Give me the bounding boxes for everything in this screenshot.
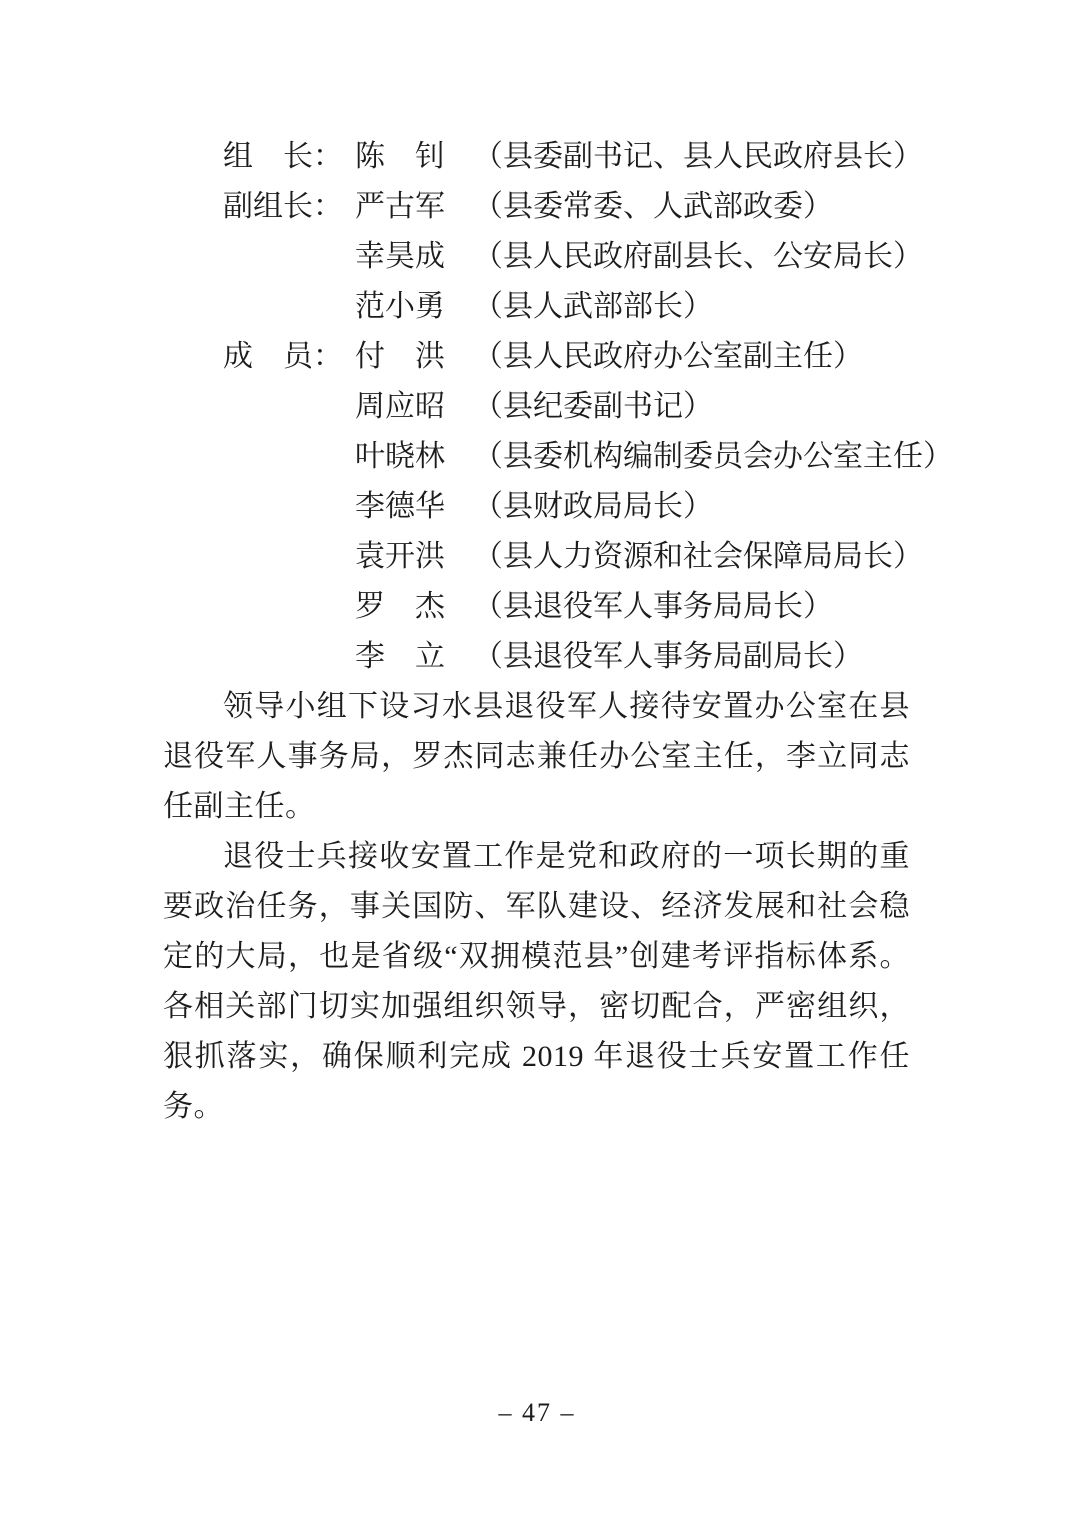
roster-role-label: 副组长： bbox=[223, 182, 355, 232]
roster-person-name: 李德华 bbox=[355, 482, 473, 532]
roster-person-name: 幸昊成 bbox=[355, 232, 473, 282]
roster-row: 李 立 （县退役军人事务局副局长） bbox=[163, 632, 910, 682]
roster-role-label: 组 长： bbox=[223, 132, 355, 182]
roster-row: 成 员： 付 洪 （县人民政府办公室副主任） bbox=[163, 332, 910, 382]
roster-person-title: （县财政局局长） bbox=[473, 482, 713, 532]
roster-person-name: 袁开洪 bbox=[355, 532, 473, 582]
roster-person-title: （县委副书记、县人民政府县长） bbox=[473, 132, 923, 182]
roster-person-title: （县人民政府办公室副主任） bbox=[473, 332, 863, 382]
paragraph-work-importance: 退役士兵接收安置工作是党和政府的一项长期的重要政治任务，事关国防、军队建设、经济… bbox=[163, 832, 910, 1132]
roster-person-name: 周应昭 bbox=[355, 382, 473, 432]
paragraph-office-setup: 领导小组下设习水县退役军人接待安置办公室在县退役军人事务局，罗杰同志兼任办公室主… bbox=[163, 682, 910, 832]
roster-person-name: 陈 钊 bbox=[355, 132, 473, 182]
roster-person-name: 范小勇 bbox=[355, 282, 473, 332]
roster-row: 罗 杰 （县退役军人事务局局长） bbox=[163, 582, 910, 632]
roster-row: 周应昭 （县纪委副书记） bbox=[163, 382, 910, 432]
roster-person-title: （县退役军人事务局局长） bbox=[473, 582, 833, 632]
roster-person-name: 严古军 bbox=[355, 182, 473, 232]
document-body: 组 长： 陈 钊 （县委副书记、县人民政府县长） 副组长： 严古军 （县委常委、… bbox=[163, 132, 910, 1132]
leadership-roster: 组 长： 陈 钊 （县委副书记、县人民政府县长） 副组长： 严古军 （县委常委、… bbox=[163, 132, 910, 682]
roster-person-name: 李 立 bbox=[355, 632, 473, 682]
document-page: 组 长： 陈 钊 （县委副书记、县人民政府县长） 副组长： 严古军 （县委常委、… bbox=[0, 0, 1074, 1520]
roster-person-name: 罗 杰 bbox=[355, 582, 473, 632]
roster-row: 幸昊成 （县人民政府副县长、公安局长） bbox=[163, 232, 910, 282]
roster-person-title: （县退役军人事务局副局长） bbox=[473, 632, 863, 682]
roster-row: 范小勇 （县人武部部长） bbox=[163, 282, 910, 332]
roster-row: 叶晓林 （县委机构编制委员会办公室主任） bbox=[163, 432, 910, 482]
roster-person-title: （县委常委、人武部政委） bbox=[473, 182, 833, 232]
roster-person-name: 付 洪 bbox=[355, 332, 473, 382]
roster-row: 副组长： 严古军 （县委常委、人武部政委） bbox=[163, 182, 910, 232]
roster-person-name: 叶晓林 bbox=[355, 432, 473, 482]
roster-row: 袁开洪 （县人力资源和社会保障局局长） bbox=[163, 532, 910, 582]
roster-person-title: （县人民政府副县长、公安局长） bbox=[473, 232, 923, 282]
roster-person-title: （县人武部部长） bbox=[473, 282, 713, 332]
roster-row: 李德华 （县财政局局长） bbox=[163, 482, 910, 532]
page-number: – 47 – bbox=[0, 1398, 1074, 1428]
roster-role-label: 成 员： bbox=[223, 332, 355, 382]
roster-person-title: （县委机构编制委员会办公室主任） bbox=[473, 432, 953, 482]
body-paragraphs: 领导小组下设习水县退役军人接待安置办公室在县退役军人事务局，罗杰同志兼任办公室主… bbox=[163, 682, 910, 1132]
roster-person-title: （县人力资源和社会保障局局长） bbox=[473, 532, 923, 582]
roster-person-title: （县纪委副书记） bbox=[473, 382, 713, 432]
roster-row: 组 长： 陈 钊 （县委副书记、县人民政府县长） bbox=[163, 132, 910, 182]
